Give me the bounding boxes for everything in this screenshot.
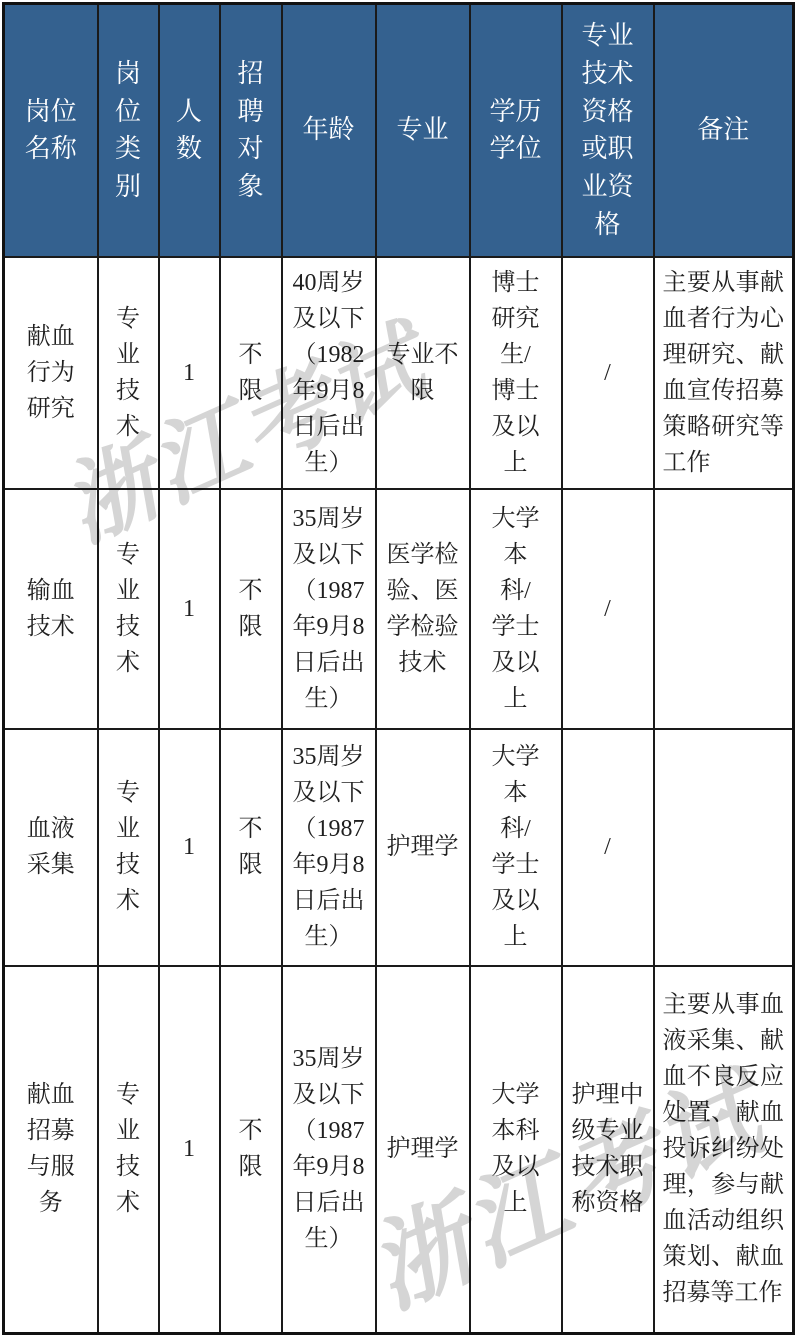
- cell-headcount: 1: [159, 489, 220, 729]
- cell-age: 35周岁及以下（1987年9月8日后出生）: [282, 966, 376, 1334]
- cell-education: 大学本科/学士及以上: [470, 489, 562, 729]
- cell-age: 40周岁及以下（1982年9月8日后出生）: [282, 257, 376, 489]
- cell-age: 35周岁及以下（1987年9月8日后出生）: [282, 729, 376, 966]
- header-major: 专业: [376, 4, 470, 257]
- recruitment-table: 岗位 名称 岗 位 类 别 人 数 招 聘 对 象 年龄 专业 学历 学位 专业…: [2, 2, 795, 1335]
- cell-major: 护理学: [376, 729, 470, 966]
- header-qualification: 专业 技术 资格 或职 业资 格: [562, 4, 654, 257]
- cell-headcount: 1: [159, 729, 220, 966]
- cell-target: 不限: [220, 966, 282, 1334]
- cell-headcount: 1: [159, 966, 220, 1334]
- header-age: 年龄: [282, 4, 376, 257]
- cell-education: 大学本科/学士及以上: [470, 729, 562, 966]
- cell-category: 专业技术: [98, 966, 159, 1334]
- cell-major: 专业不限: [376, 257, 470, 489]
- cell-target: 不限: [220, 729, 282, 966]
- recruitment-table-page: 岗位 名称 岗 位 类 别 人 数 招 聘 对 象 年龄 专业 学历 学位 专业…: [0, 2, 800, 1344]
- header-education: 学历 学位: [470, 4, 562, 257]
- cell-major: 护理学: [376, 966, 470, 1334]
- cell-category: 专业技术: [98, 729, 159, 966]
- table-row: 献血招募与服务 专业技术 1 不限 35周岁及以下（1987年9月8日后出生） …: [4, 966, 794, 1334]
- cell-education: 博士研究生/博士及以上: [470, 257, 562, 489]
- cell-position: 献血行为研究: [4, 257, 98, 489]
- header-notes: 备注: [654, 4, 794, 257]
- cell-education: 大学本科及以上: [470, 966, 562, 1334]
- cell-target: 不限: [220, 257, 282, 489]
- table-header-row: 岗位 名称 岗 位 类 别 人 数 招 聘 对 象 年龄 专业 学历 学位 专业…: [4, 4, 794, 257]
- table-row: 献血行为研究 专业技术 1 不限 40周岁及以下（1982年9月8日后出生） 专…: [4, 257, 794, 489]
- table-row: 输血技术 专业技术 1 不限 35周岁及以下（1987年9月8日后出生） 医学检…: [4, 489, 794, 729]
- cell-qualification: /: [562, 729, 654, 966]
- cell-notes: 主要从事血液采集、献血不良反应处置、献血投诉纠纷处理，参与献血活动组织策划、献血…: [654, 966, 794, 1334]
- header-target: 招 聘 对 象: [220, 4, 282, 257]
- cell-notes: [654, 729, 794, 966]
- cell-category: 专业技术: [98, 489, 159, 729]
- cell-notes: [654, 489, 794, 729]
- cell-position: 输血技术: [4, 489, 98, 729]
- cell-qualification: /: [562, 257, 654, 489]
- table-row: 血液采集 专业技术 1 不限 35周岁及以下（1987年9月8日后出生） 护理学…: [4, 729, 794, 966]
- cell-headcount: 1: [159, 257, 220, 489]
- cell-position: 血液采集: [4, 729, 98, 966]
- cell-qualification: /: [562, 489, 654, 729]
- header-position: 岗位 名称: [4, 4, 98, 257]
- cell-major: 医学检验、医学检验技术: [376, 489, 470, 729]
- cell-qualification: 护理中级专业技术职称资格: [562, 966, 654, 1334]
- cell-age: 35周岁及以下（1987年9月8日后出生）: [282, 489, 376, 729]
- cell-notes: 主要从事献血者行为心理研究、献血宣传招募策略研究等工作: [654, 257, 794, 489]
- header-headcount: 人 数: [159, 4, 220, 257]
- header-category: 岗 位 类 别: [98, 4, 159, 257]
- cell-target: 不限: [220, 489, 282, 729]
- cell-category: 专业技术: [98, 257, 159, 489]
- cell-position: 献血招募与服务: [4, 966, 98, 1334]
